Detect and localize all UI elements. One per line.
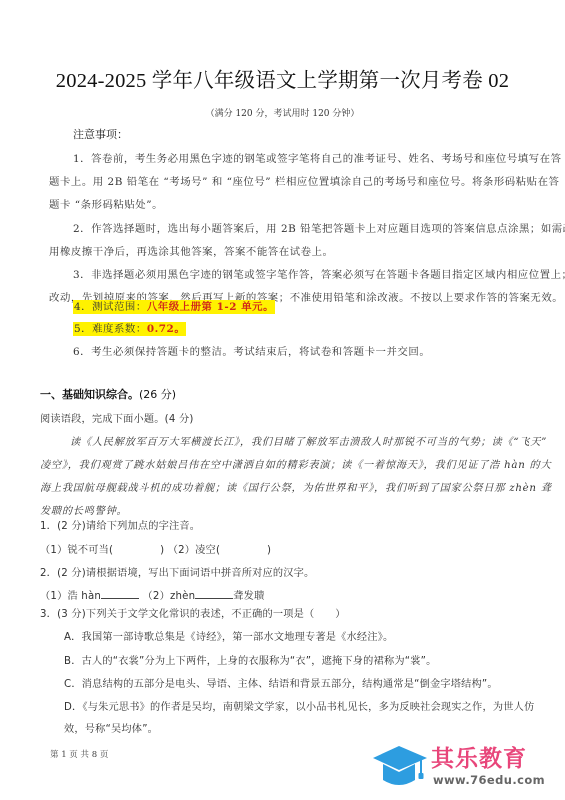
- exam-title: 2024-2025 学年八年级语文上学期第一次月考卷 02: [0, 63, 565, 93]
- question-1-stem: 1．(2 分)请给下列加点的字注音。: [40, 517, 200, 532]
- notice-5-label: 5．难度系数：: [74, 323, 147, 335]
- watermark-logo: 其乐教育 www.76edu.com: [375, 740, 565, 795]
- question-2-answer-line: （1）浩 hàn （2）zhèn聋发聩: [40, 587, 264, 602]
- question-3-option-d-line-1: D．《与朱元思书》的作者是吴均，南朝梁文学家，以小品书札见长，多为反映社会现实之…: [64, 698, 534, 713]
- notice-2-line-2: 用橡皮擦干净后，再选涂其他答案，答案不能答在试卷上。: [49, 243, 333, 258]
- passage-line-3: 海上我国航母舰载战斗机的成功着舰；读《国行公祭，为佑世界和平》，我们听到了国家公…: [40, 479, 552, 494]
- notice-1-line-2: 题卡上。用 2B 铅笔在 “考场号” 和 “座位号” 栏相应位置填涂自己的考场号…: [49, 173, 559, 188]
- notice-4-highlight: 4．测试范围：八年级上册第 1-2 单元。: [73, 300, 275, 314]
- question-3-option-c: C．消息结构的五部分是电头、导语、主体、结语和背景五部分，结构通常是“倒金字塔结…: [64, 675, 498, 690]
- question-3-option-a: A．我国第一部诗歌总集是《诗经》，第一部水文地理专著是《水经注》。: [64, 628, 393, 643]
- question-1-part-1: （1）锐不可当(: [40, 545, 113, 556]
- question-3-option-b: B．古人的“衣裳”分为上下两件，上身的衣服称为“衣”，遮掩下身的裙称为“裳”。: [64, 652, 436, 667]
- notice-5: 5．难度系数：0.72。: [73, 320, 186, 335]
- question-3-option-d-line-2: 效，号称“吴均体”。: [64, 720, 158, 735]
- question-2-part-3: 聋发聩: [233, 591, 264, 602]
- notice-1-line-3: 题卡 “条形码粘贴处”。: [49, 196, 163, 211]
- notice-5-value: 0.72。: [147, 323, 185, 335]
- exam-subtitle: （满分 120 分，考试用时 120 分钟）: [0, 106, 565, 119]
- question-2-blank-2[interactable]: [195, 588, 233, 599]
- notice-heading: 注意事项：: [73, 126, 128, 142]
- question-1-part-2: ) （2）凌空(: [160, 545, 220, 556]
- graduation-cap-icon: [371, 742, 429, 792]
- page-number: 第 1 页 共 8 页: [50, 748, 108, 760]
- watermark-url: www.76edu.com: [433, 773, 545, 787]
- question-3-stem: 3．(3 分)下列关于文学文化常识的表述，不正确的一项是（ ）: [40, 605, 346, 620]
- section-1-intro: 阅读语段，完成下面小题。(4 分): [40, 410, 194, 425]
- notice-5-highlight: 5．难度系数：0.72。: [73, 322, 186, 336]
- section-1-heading: 一、基础知识综合。(26 分): [40, 386, 176, 402]
- question-2-stem: 2．(2 分)请根据语境，写出下面词语中拼音所对应的汉字。: [40, 564, 314, 579]
- question-2-part-2: （2）zhèn: [143, 591, 196, 602]
- question-1-part-3: ): [267, 545, 271, 556]
- question-2-part-1: （1）浩 hàn: [40, 591, 101, 602]
- notice-4-value: 八年级上册第 1-2 单元。: [147, 301, 274, 313]
- notice-6: 6．考生必须保持答题卡的整洁。考试结束后，将试卷和答题卡一并交回。: [73, 343, 430, 358]
- question-2-blank-1[interactable]: [101, 588, 139, 599]
- notice-3-line-1: 3．非选择题必须用黑色字迹的钢笔或签字笔作答，答案必须写在答题卡各题目指定区域内…: [73, 266, 565, 281]
- notice-1-line-1: 1．答卷前，考生务必用黑色字迹的钢笔或签字笔将自己的准考证号、姓名、考场号和座位…: [73, 150, 562, 165]
- section-1-score: (26 分): [139, 388, 176, 401]
- notice-2-line-1: 2．作答选择题时，选出每小题答案后，用 2B 铅笔把答题卡上对应题目选项的答案信…: [73, 220, 565, 235]
- passage-line-1: 读《人民解放军百万大军横渡长江》，我们目睹了解放军击溃敌人时那锐不可当的气势；读…: [70, 433, 547, 448]
- notice-4: 4．测试范围：八年级上册第 1-2 单元。: [73, 298, 275, 313]
- passage-line-2: 凌空》，我们观赏了跳水姑娘吕伟在空中潇洒自如的精彩表演；读《一着惊海天》，我们见…: [40, 456, 551, 471]
- passage-line-4: 发聩的长鸣警钟。: [40, 502, 128, 517]
- notice-4-label: 4．测试范围：: [74, 301, 147, 313]
- section-1-title: 一、基础知识综合。: [40, 388, 139, 401]
- question-1-answer-line: （1）锐不可当( ) （2）凌空( ): [40, 541, 271, 556]
- watermark-name: 其乐教育: [431, 740, 527, 773]
